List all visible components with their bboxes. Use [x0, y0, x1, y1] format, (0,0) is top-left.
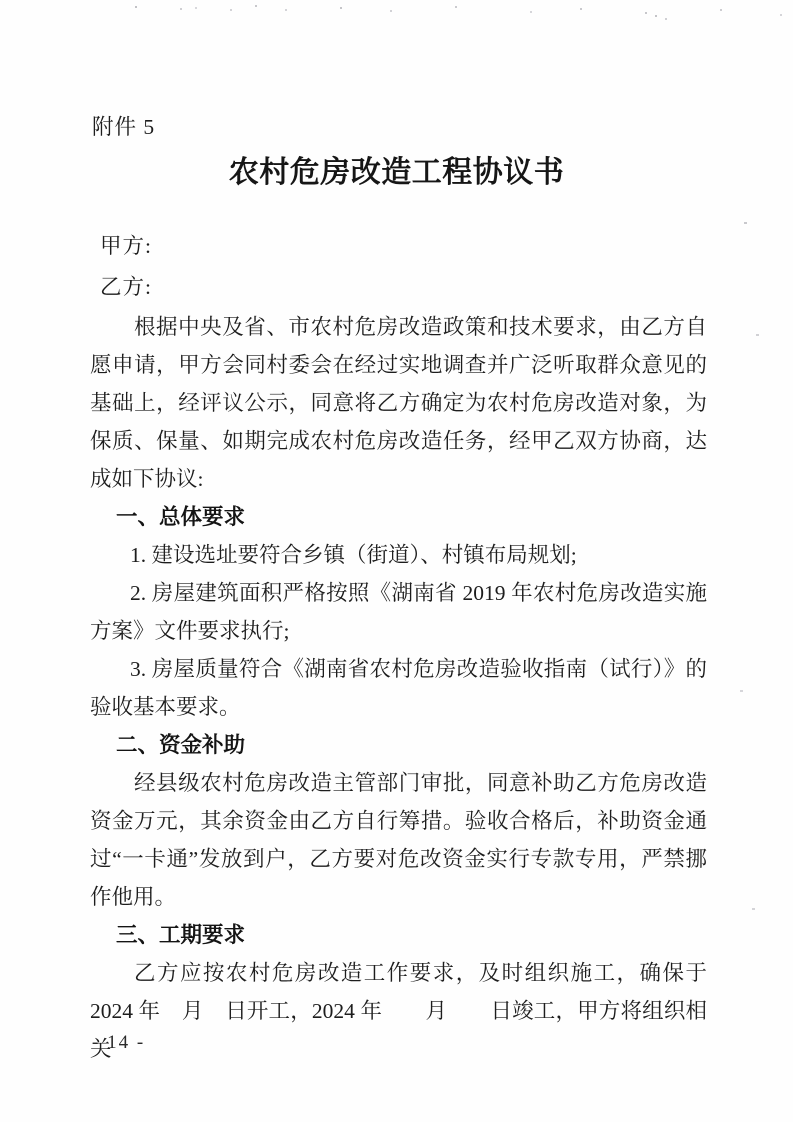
- party-b-label: 乙方:: [100, 267, 152, 308]
- document-title: 农村危房改造工程协议书: [0, 149, 793, 197]
- scan-noise-top: [135, 6, 137, 8]
- document-body: 根据中央及省、市农村危房改造政策和技术要求，由乙方自愿申请，甲方会同村委会在经过…: [90, 308, 707, 1068]
- section-1-item-3: 3. 房屋质量符合《湖南省农村危房改造验收指南（试行）》的验收基本要求。: [90, 650, 707, 726]
- attachment-label: 附件 5: [92, 111, 155, 143]
- parties-block: 甲方: 乙方:: [100, 226, 152, 308]
- page-number: - 14 -: [92, 1032, 145, 1054]
- document-page: 附件 5 农村危房改造工程协议书 甲方: 乙方: 根据中央及省、市农村危房改造政…: [0, 0, 793, 1122]
- section-3-heading: 三、工期要求: [90, 916, 707, 954]
- intro-paragraph: 根据中央及省、市农村危房改造政策和技术要求，由乙方自愿申请，甲方会同村委会在经过…: [90, 308, 707, 498]
- party-a-label: 甲方:: [100, 226, 152, 267]
- section-1-item-1: 1. 建设选址要符合乡镇（街道）、村镇布局规划;: [90, 536, 707, 574]
- scan-noise-right: [744, 222, 747, 224]
- section-1-item-2: 2. 房屋建筑面积严格按照《湖南省 2019 年农村危房改造实施方案》文件要求执…: [90, 574, 707, 650]
- section-3-paragraph: 乙方应按农村危房改造工作要求，及时组织施工，确保于2024 年 月 日开工，20…: [90, 954, 707, 1068]
- section-1-heading: 一、总体要求: [90, 498, 707, 536]
- section-2-paragraph: 经县级农村危房改造主管部门审批，同意补助乙方危房改造资金万元，其余资金由乙方自行…: [90, 764, 707, 916]
- section-2-heading: 二、资金补助: [90, 726, 707, 764]
